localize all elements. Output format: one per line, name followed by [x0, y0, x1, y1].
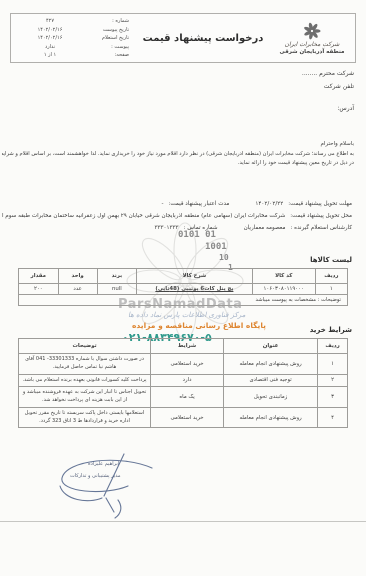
goods-row-brand: null [97, 284, 136, 295]
meta-row-attach-date: تاریخ پیوست ۱۴۰۲/۰۲/۱۶ [17, 27, 129, 33]
goods-note-row: توضیحات : مشخصات به پیوست میباشد [19, 295, 348, 306]
cond-row-number: ۲ [318, 374, 348, 387]
goods-col-unit: واحد [58, 269, 97, 284]
deadline-label: مهلت تحویل پیشنهاد قیمت: [288, 201, 352, 207]
details-row-expert: کارشناس استعلام گیرنده : معصومه معماریان… [155, 225, 353, 231]
deadline-pair: مهلت تحویل پیشنهاد قیمت: ۱۴۰۲/۰۲/۲۲ [255, 201, 352, 207]
cond-row-condition: یک ماه [151, 387, 224, 408]
goods-table: ردیف کد کالا شرح کالا برند واحد مقدار ۱ … [18, 268, 348, 306]
cond-row-note: در صورت داشتن سوال با شماره 33301333- 04… [19, 354, 151, 375]
validity-value: - [161, 201, 163, 207]
cond-col-cond: شرایط [151, 339, 224, 354]
document-title: درخواست پیشنهاد قیمت [137, 14, 269, 62]
binary-watermark: 1001 [205, 242, 227, 252]
place-value: شرکت مخابرات ایران (سهامی عام) منطقه آذر… [2, 213, 285, 219]
place-pair: محل تحویل پیشنهاد قیمت: شرکت مخابرات ایر… [2, 213, 352, 219]
salutation: باسلام واحترام [321, 141, 354, 147]
goods-row-qty: ۲۰۰ [19, 284, 59, 295]
goods-heading: لیست کالاها [310, 256, 352, 264]
cond-row-note: تحویل اجناس تا انبار این شرکت به عهده فر… [19, 387, 151, 408]
contact-phone-label: شماره تماس : [184, 225, 218, 231]
meta-value: ۱۴۰۲/۰۲/۱۶ [17, 27, 83, 33]
meta-row-number: شماره : ۴۲۷ [17, 18, 129, 24]
contact-phone-value: ۳۳۳۰۱۳۳۳ [155, 225, 179, 231]
condition-row: ۱ روش پیشنهادی انجام معامله خرید استعلام… [19, 354, 348, 375]
binary-watermark: 0101 01 [178, 230, 216, 240]
company-name: شرکت مخابرات ایران [285, 41, 340, 48]
meta-label: تاریخ استعلام [83, 35, 129, 41]
meta-row-page: صفحه: ۱ از ۱ [17, 52, 129, 58]
cond-row-number: ۳ [318, 387, 348, 408]
meta-row-attachment: پیوست : ندارد [17, 44, 129, 50]
signature-block: ابراهیم علیزاده مدیر پشتیبانی و تدارکات [40, 452, 180, 524]
header: شرکت مخابرات ایران منطقه آذربایجان شرقی … [10, 13, 356, 63]
cond-row-number: ۴ [318, 407, 348, 428]
meta-value: ۴۲۷ [17, 18, 83, 24]
cond-row-note: استعلامها بایستی داخل پاکت سربسته تا تار… [19, 407, 151, 428]
signature-scribble [40, 452, 180, 524]
cond-row-number: ۱ [318, 354, 348, 375]
cond-row-condition: خرید استعلامی [151, 354, 224, 375]
goods-col-code: کد کالا [252, 269, 315, 284]
cond-row-title: روش پیشنهادی انجام معامله [224, 407, 318, 428]
goods-col-row: ردیف [315, 269, 347, 284]
cond-row-condition: دارد [151, 374, 224, 387]
goods-header-row: ردیف کد کالا شرح کالا برند واحد مقدار [19, 269, 348, 284]
meta-value: ندارد [17, 44, 83, 50]
goods-note: توضیحات : مشخصات به پیوست میباشد [19, 295, 348, 306]
meta-value: ۱۴۰۲/۰۲/۱۶ [17, 35, 83, 41]
details-row-place: محل تحویل پیشنهاد قیمت: شرکت مخابرات ایر… [2, 213, 352, 219]
meta-label: تاریخ پیوست [83, 27, 129, 33]
company-region: منطقه آذربایجان شرقی [280, 49, 345, 55]
condition-row: ۴ روش پیشنهادی انجام معامله خرید استعلام… [19, 407, 348, 428]
parsnamad-watermark-tagline: پایگاه اطلاع رسانی مناقصه و مزایده [132, 321, 266, 330]
validity-pair: مدت اعتبار پیشنهاد قیمت: - [161, 201, 229, 207]
conditions-header-row: ردیف عنوان شرایط توضیحات [19, 339, 348, 354]
goods-row-number: ۱ [315, 284, 347, 295]
meta-label: شماره : [83, 18, 129, 24]
meta-label: صفحه: [83, 52, 129, 58]
goods-col-brand: برند [97, 269, 136, 284]
recipient-phone-line: تلفن شرکت [324, 83, 354, 90]
condition-row: ۳ زمانبندی تحویل یک ماه تحویل اجناس تا ا… [19, 387, 348, 408]
deadline-value: ۱۴۰۲/۰۲/۲۲ [255, 201, 283, 207]
cond-col-row: ردیف [318, 339, 348, 354]
cond-row-note: پرداخت کلیه کسورات قانونی بعهده برنده اس… [19, 374, 151, 387]
conditions-heading: شرایط خرید [310, 326, 352, 334]
page-bottom-rule [0, 521, 366, 522]
letter-body-line2: در ذیل در تاریخ معین پیشنهاد قیمت خود را… [238, 160, 354, 166]
meta-value: ۱ از ۱ [17, 52, 83, 58]
contact-phone-pair: شماره تماس : ۳۳۳۰۱۳۳۳ [155, 225, 218, 231]
expert-label: کارشناس استعلام گیرنده : [291, 225, 353, 231]
validity-label: مدت اعتبار پیشنهاد قیمت: [169, 201, 230, 207]
letter-body-line1: به اطلاع می رساند؛ شرکت مخابرات ایران (م… [2, 151, 354, 157]
goods-col-qty: مقدار [19, 269, 59, 284]
condition-row: ۲ توجیه فنی اقتصادی دارد پرداخت کلیه کسو… [19, 374, 348, 387]
cond-row-title: زمانبندی تحویل [224, 387, 318, 408]
expert-pair: کارشناس استعلام گیرنده : معصومه معماریان [244, 225, 352, 231]
cond-row-condition: خرید استعلامی [151, 407, 224, 428]
goods-row: ۱ ۱۰۶۰۳۰۸۰۱۱۹۰۰۰ پچ پنل کات6 یوتیپی (48ت… [19, 284, 348, 295]
conditions-table: ردیف عنوان شرایط توضیحات ۱ روش پیشنهادی … [18, 338, 348, 428]
meta-label: پیوست : [83, 44, 129, 50]
recipient-address-line: آدرس: [337, 105, 354, 112]
goods-row-unit: عدد [58, 284, 97, 295]
header-logo-block: شرکت مخابرات ایران منطقه آذربایجان شرقی [269, 14, 355, 62]
expert-value: معصومه معماریان [244, 225, 286, 231]
goods-col-desc: شرح کالا [137, 269, 253, 284]
header-meta: شماره : ۴۲۷ تاریخ پیوست ۱۴۰۲/۰۲/۱۶ تاریخ… [11, 14, 137, 62]
cond-col-title: عنوان [224, 339, 318, 354]
document-page: 0101 01 1001 10 1 ParsNamadData مرکز فنا… [0, 0, 366, 576]
parsnamad-watermark-script: مرکز فناوری اطلاعات پارس نماد داده ها [128, 311, 246, 319]
recipient-company-line: شرکت محترم ........ [302, 70, 354, 77]
goods-row-description: پچ پنل کات6 یوتیپی (48تایی) [137, 284, 253, 295]
cond-row-title: روش پیشنهادی انجام معامله [224, 354, 318, 375]
tci-logo-icon [303, 22, 321, 40]
goods-row-code: ۱۰۶۰۳۰۸۰۱۱۹۰۰۰ [252, 284, 315, 295]
binary-watermark: 10 [219, 253, 229, 262]
cond-row-title: توجیه فنی اقتصادی [224, 374, 318, 387]
cond-col-note: توضیحات [19, 339, 151, 354]
meta-row-inquiry-date: تاریخ استعلام ۱۴۰۲/۰۲/۱۶ [17, 35, 129, 41]
place-label: محل تحویل پیشنهاد قیمت: [290, 213, 352, 219]
details-row-deadline: مهلت تحویل پیشنهاد قیمت: ۱۴۰۲/۰۲/۲۲ مدت … [161, 201, 352, 207]
